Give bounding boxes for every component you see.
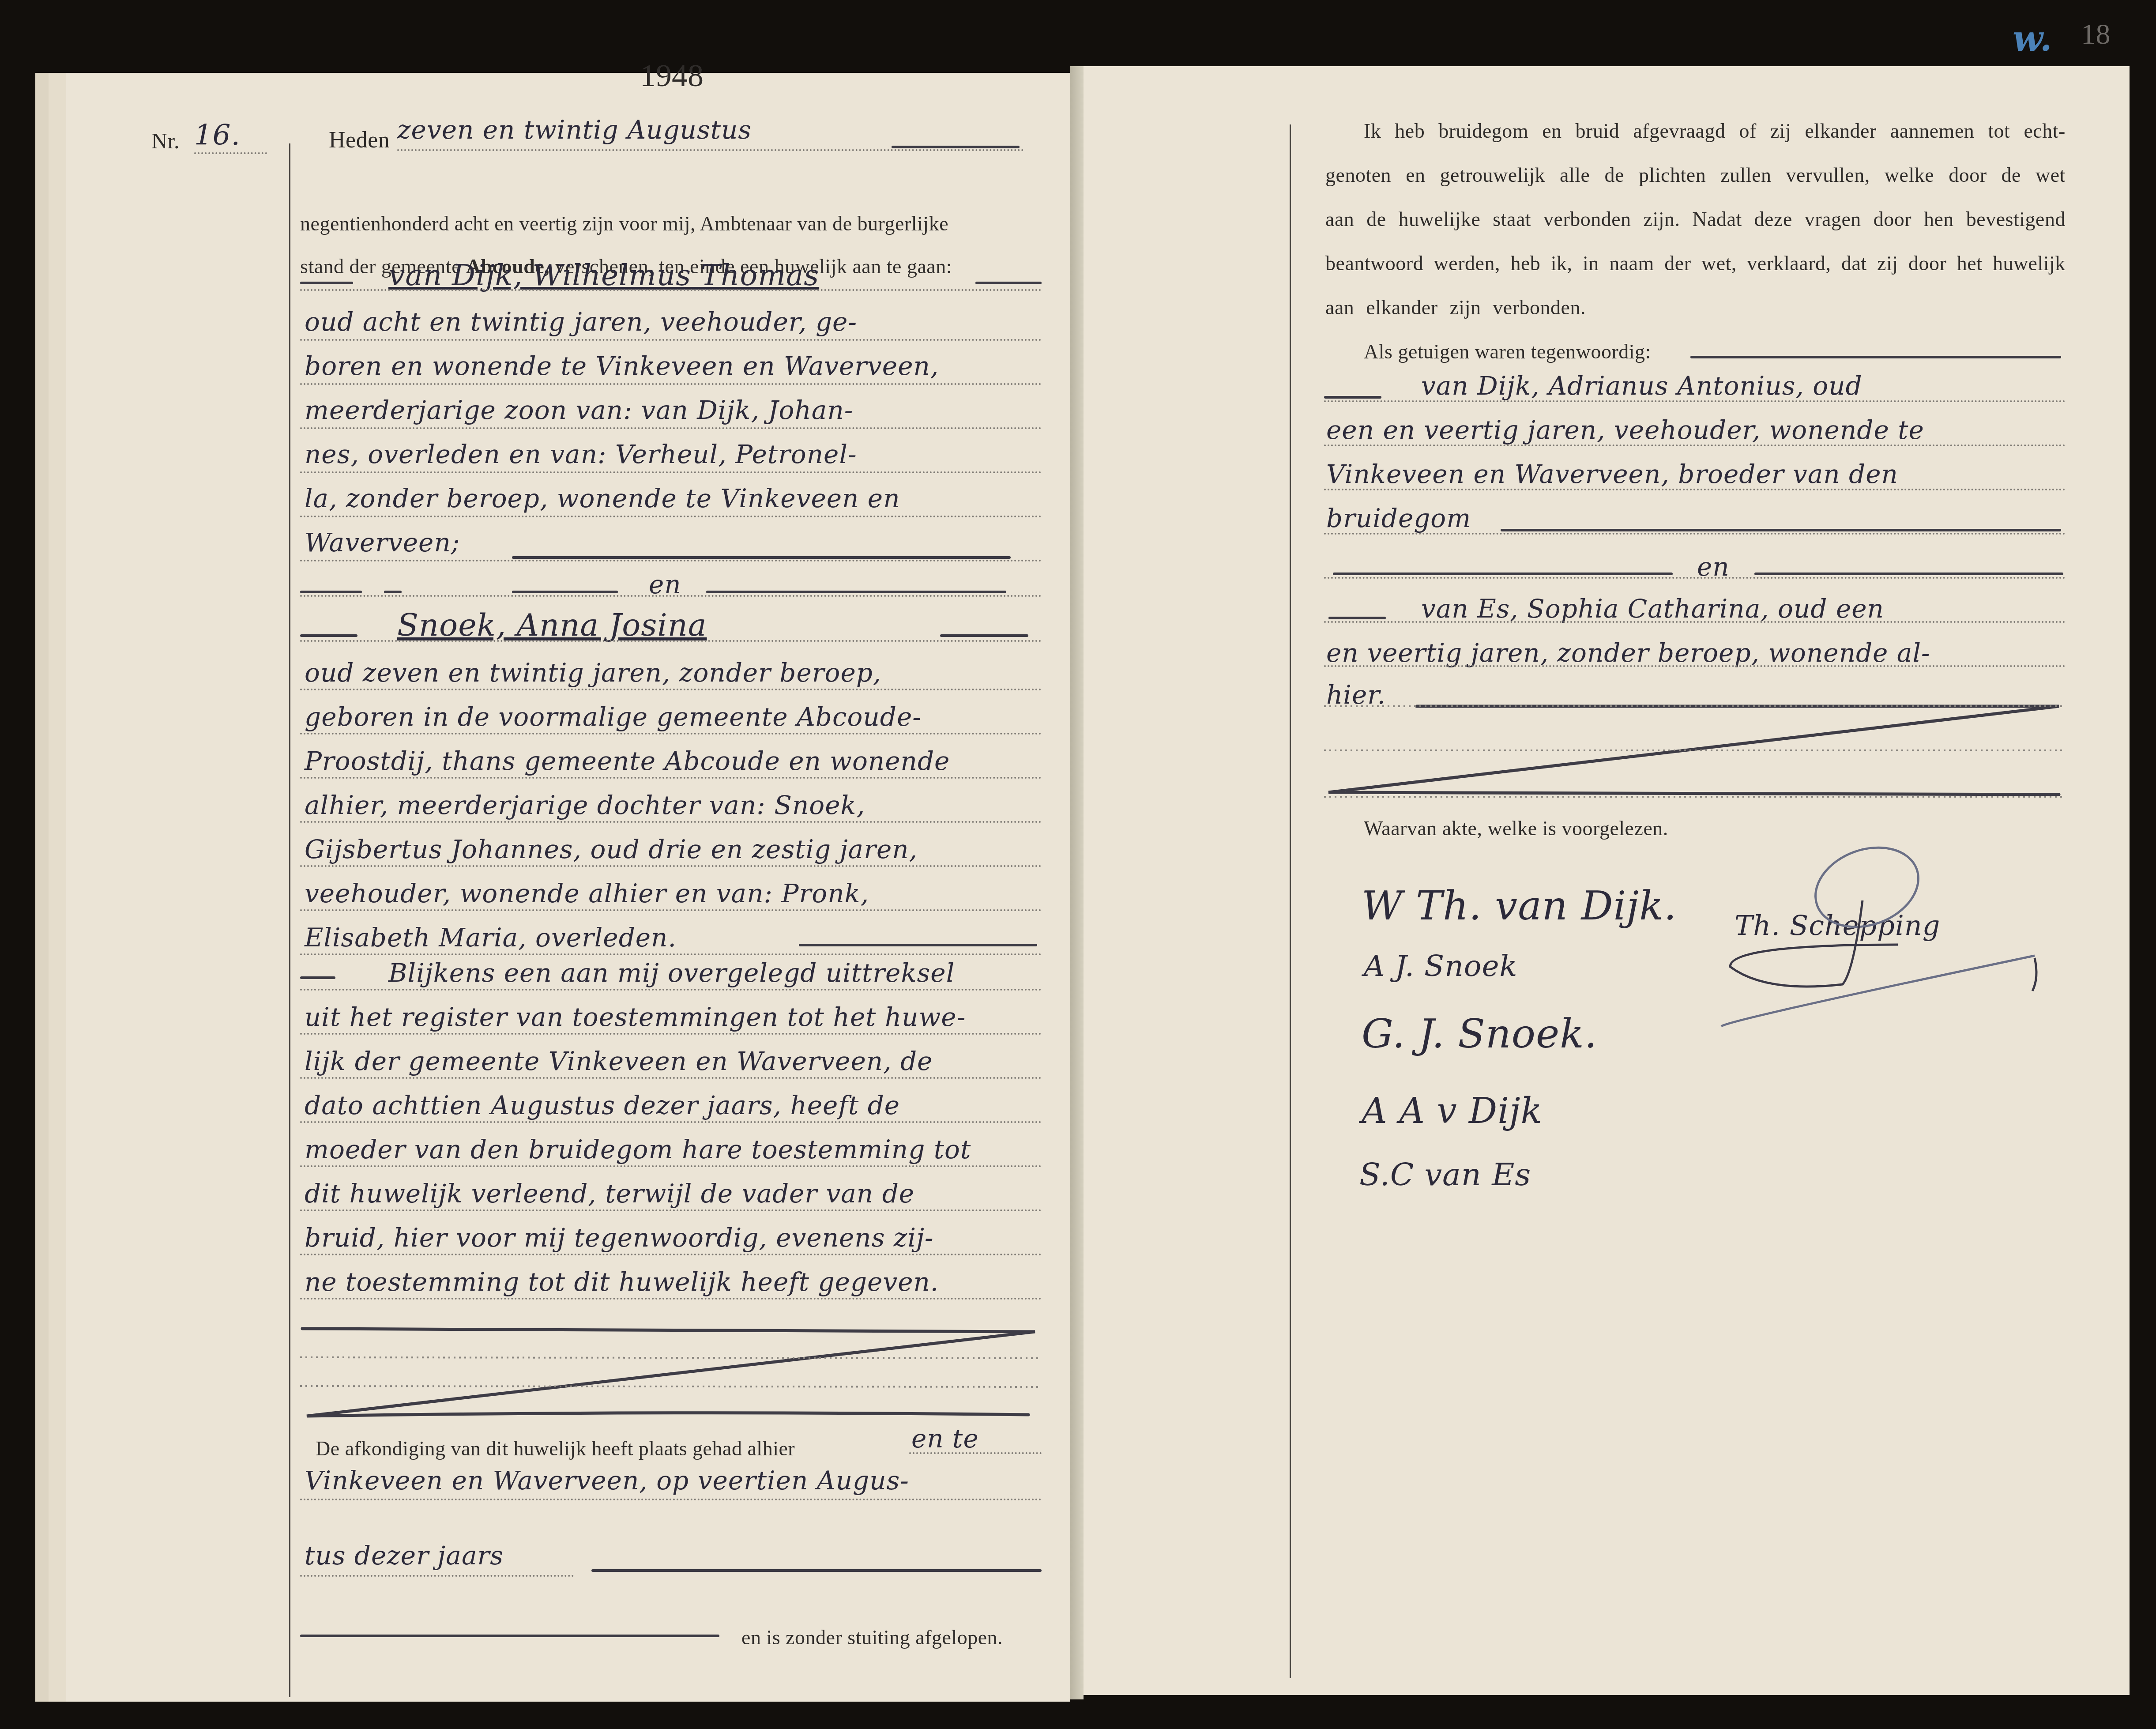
declaration-word: verklaard, (1747, 252, 1831, 275)
declaration-word: vervullen, (1786, 163, 1870, 187)
ruled-line (300, 821, 1042, 823)
folio-initial: w. (2013, 18, 2053, 59)
bride-line: veehouder, wonende alhier en van: Pronk, (305, 878, 869, 908)
declaration-word: bruidegom (1438, 119, 1528, 143)
ruled-line (300, 733, 1042, 735)
declaration-word: werden, (1434, 252, 1500, 275)
witness-2-line: en veertig jaren, zonder beroep, wonende… (1326, 638, 1930, 668)
book-gutter (1070, 66, 1084, 1699)
declaration-word: in (1583, 252, 1599, 275)
ruled-line (300, 339, 1042, 341)
bride-line: geboren in de voormalige gemeente Abcoud… (305, 702, 922, 732)
witness-1-line: Vinkeveen en Waverveen, broeder van den (1326, 459, 1898, 489)
groom-line: Waverveen; (305, 527, 460, 557)
filler-dash (1690, 356, 2061, 358)
declaration-word: vragen (1805, 207, 1861, 231)
ruled-line (300, 1254, 1042, 1255)
groom-name-line (300, 289, 1042, 291)
declaration-line: genotenengetrouwelijkalledeplichtenzulle… (1325, 163, 2066, 187)
filler-dash (300, 634, 357, 637)
witness-1-line: bruidegom (1326, 503, 1471, 533)
filler-dash (1754, 573, 2063, 575)
declaration-word: der (1664, 252, 1691, 275)
closing-text: Waarvan akte, welke is voorgelezen. (1364, 817, 1668, 840)
witness-2-line: van Es, Sophia Catharina, oud een (1421, 594, 1884, 624)
filler-dash (512, 556, 1011, 559)
left-margin-rule (289, 143, 290, 1697)
declaration-word: Nadat (1692, 207, 1742, 231)
declaration-word: wet, (1701, 252, 1737, 275)
declaration-word: ik, (1551, 252, 1573, 275)
declaration-word: zijn (1449, 296, 1481, 319)
declaration-word: tot (1988, 119, 2010, 143)
declaration-word: door (1908, 252, 1946, 275)
consent-line: dato achttien Augustus dezer jaars, heef… (305, 1090, 900, 1120)
filler-dash (300, 591, 362, 593)
ruled-line (300, 383, 1042, 385)
signature-bride-father: G. J. Snoek. (1362, 1011, 1597, 1057)
declaration-word: verbonden (1543, 207, 1631, 231)
declaration-word: dat (1841, 252, 1867, 275)
declaration-word: echt- (2024, 119, 2065, 143)
ruled-line (300, 516, 1042, 517)
ruled-line (1324, 621, 2066, 623)
ruled-line (1324, 444, 2066, 446)
ruled-line (300, 953, 1042, 955)
record-number-label: Nr. (151, 128, 180, 154)
filler-dash (384, 591, 402, 593)
bride-line: Elisabeth Maria, overleden. (305, 923, 677, 953)
filler-dash (892, 146, 1020, 148)
declaration-word: zijn. (1644, 207, 1680, 231)
declaration-word: heb (1395, 119, 1425, 143)
proclamation-end: en is zonder stuiting afgelopen. (741, 1626, 1003, 1649)
filler-dash (940, 634, 1028, 637)
signature-groom: W Th. van Dijk. (1362, 883, 1677, 929)
consent-line: lijk der gemeente Vinkeveen en Waverveen… (305, 1046, 933, 1076)
consent-line: dit huwelijk verleend, terwijl de vader … (305, 1179, 914, 1209)
groom-line: la, zonder beroep, wonende te Vinkeveen … (305, 483, 900, 513)
bride-line: oud zeven en twintig jaren, zonder beroe… (305, 658, 881, 688)
ruled-line (300, 1121, 1042, 1123)
groom-line: meerderjarige zoon van: van Dijk, Johan- (305, 395, 853, 425)
declaration-word: aannemen (1890, 119, 1974, 143)
declaration-word: huwelijk (1993, 252, 2066, 275)
filler-dash (1324, 396, 1381, 399)
bride-line: Gijsbertus Johannes, oud drie en zestig … (305, 834, 918, 864)
folio-number: 18 (2081, 18, 2111, 51)
witnesses-label: Als getuigen waren tegenwoordig: (1364, 340, 1651, 363)
declaration-word: afgevraagd (1633, 119, 1725, 143)
declaration-word: de (1605, 163, 1624, 187)
filler-dash (300, 282, 353, 284)
consent-line: ne toestemming tot dit huwelijk heeft ge… (305, 1267, 939, 1297)
consent-line: uit het register van toestemmingen tot h… (305, 1002, 966, 1032)
declaration-word: of (1739, 119, 1757, 143)
declaration-word: elkander (1366, 296, 1437, 319)
bride-line: alhier, meerderjarige dochter van: Snoek… (305, 790, 865, 820)
declaration-word: hen (1924, 207, 1954, 231)
declaration-word: zij (1770, 119, 1791, 143)
declaration-word: door (1874, 207, 1911, 231)
declaration-word: verbonden. (1493, 296, 1586, 319)
filler-dash (300, 1635, 719, 1637)
declaration-word: staat (1493, 207, 1531, 231)
marriage-date: zeven en twintig Augustus (397, 115, 752, 145)
ruled-line (300, 689, 1042, 690)
signature-registrar: Th. Schepping (1735, 909, 1940, 942)
ruled-line (300, 909, 1042, 911)
proclamation-hand-1: en te (911, 1424, 979, 1454)
ruled-line (300, 1575, 574, 1577)
declaration-word: het (1957, 252, 1983, 275)
declaration-word: deze (1754, 207, 1792, 231)
ruled-line (909, 1452, 1042, 1454)
groom-name: van Dijk, Wilhelmus Thomas (388, 258, 819, 292)
record-number-line (194, 152, 267, 154)
filler-dash (512, 591, 618, 593)
signature-witness-2: S.C van Es (1359, 1156, 1531, 1193)
declaration-word: de (1366, 207, 1386, 231)
consent-line: bruid, hier voor mij tegenwoordig, evene… (305, 1223, 934, 1253)
ruled-line (300, 777, 1042, 779)
declaration-word: beantwoord (1325, 252, 1423, 275)
declaration-word: wet (2036, 163, 2066, 187)
ruled-line (300, 595, 1042, 597)
ruled-line (300, 640, 1042, 642)
declaration-word: naam (1609, 252, 1654, 275)
ruled-line (300, 1165, 1042, 1167)
ruled-line (1324, 400, 2066, 402)
ruled-line (300, 427, 1042, 429)
proclamation-text: De afkondiging van dit huwelijk heeft pl… (316, 1437, 795, 1460)
signature-bride: A J. Snoek (1364, 949, 1517, 983)
ruled-line (300, 1077, 1042, 1079)
declaration-word: en (1542, 119, 1562, 143)
ruled-line (300, 1033, 1042, 1035)
filler-dash (799, 944, 1037, 946)
filler-dash (975, 282, 1042, 284)
intro-line-2: negentienhonderd acht en veertig zijn vo… (300, 212, 948, 235)
declaration-word: elkander (1805, 119, 1876, 143)
declaration-word: de (2002, 163, 2021, 187)
declaration-word: Ik (1364, 119, 1381, 143)
declaration-line: aanelkanderzijnverbonden. (1325, 296, 1586, 319)
ruled-line (1324, 489, 2066, 490)
declaration-word: alle (1560, 163, 1590, 187)
declaration-word: getrouwelijk (1440, 163, 1546, 187)
witness-1-line: een en veertig jaren, veehouder, wonende… (1326, 415, 1924, 445)
declaration-word: zullen (1720, 163, 1771, 187)
declaration-word: heb (1510, 252, 1540, 275)
declaration-word: welke (1885, 163, 1934, 187)
signature-witness-1: A A v Dijk (1362, 1090, 1543, 1131)
declaration-word: aan (1325, 207, 1354, 231)
ruled-line (300, 560, 1042, 561)
declaration-word: bruid (1576, 119, 1620, 143)
consent-line: Blijkens een aan mij overgelegd uittreks… (388, 958, 955, 988)
bride-name: Snoek, Anna Josina (397, 607, 707, 643)
filler-dash (300, 976, 335, 979)
proclamation-hand-3: tus dezer jaars (305, 1541, 504, 1571)
filler-dash (1333, 573, 1673, 575)
ruled-line (300, 1298, 1042, 1300)
filler-dash (591, 1569, 1042, 1572)
declaration-word: zij (1877, 252, 1898, 275)
bride-line: Proostdij, thans gemeente Abcoude en won… (305, 746, 950, 776)
ruled-line (1324, 577, 2066, 579)
declaration-word: aan (1325, 296, 1354, 319)
filler-dash (1328, 617, 1386, 619)
declaration-line: aandehuwelijkestaatverbondenzijn.Nadatde… (1325, 207, 2066, 231)
declaration-word: door (1949, 163, 1987, 187)
consent-line: moeder van den bruidegom hare toestemmin… (305, 1134, 971, 1164)
ruled-line (1324, 665, 2066, 667)
witness-2-line: hier. (1326, 680, 1386, 710)
groom-line: boren en wonende te Vinkeveen en Waverve… (305, 351, 939, 381)
ruled-line (300, 1209, 1042, 1211)
ruled-line (1324, 533, 2066, 535)
filler-dash (706, 591, 1006, 593)
heden-label: Heden (329, 127, 390, 153)
groom-line: oud acht en twintig jaren, veehouder, ge… (305, 307, 857, 337)
ruled-line (300, 989, 1042, 991)
right-page (1084, 66, 2130, 1695)
groom-line: nes, overleden en van: Verheul, Petronel… (305, 439, 857, 469)
date-line (397, 149, 1024, 151)
ruled-line (300, 865, 1042, 867)
record-number: 16. (194, 119, 241, 152)
proclamation-hand-2: Vinkeveen en Waverveen, op veertien Augu… (305, 1465, 909, 1495)
filler-dash (1501, 529, 2061, 531)
declaration-word: en (1406, 163, 1425, 187)
declaration-word: huwelijke (1399, 207, 1481, 231)
ruled-line (300, 1499, 1042, 1500)
declaration-line: beantwoordwerden,hebik,innaamderwet,verk… (1325, 252, 2066, 275)
declaration-word: bevestigend (1966, 207, 2066, 231)
witness-1-line: van Dijk, Adrianus Antonius, oud (1421, 371, 1863, 401)
page-year: 1948 (640, 57, 704, 94)
declaration-word: plichten (1639, 163, 1706, 187)
ruled-line (300, 471, 1042, 473)
declaration-line: Ikhebbruidegomenbruidafgevraagdofzijelka… (1364, 119, 2066, 143)
right-margin-rule (1290, 124, 1291, 1678)
declaration-word: genoten (1325, 163, 1391, 187)
